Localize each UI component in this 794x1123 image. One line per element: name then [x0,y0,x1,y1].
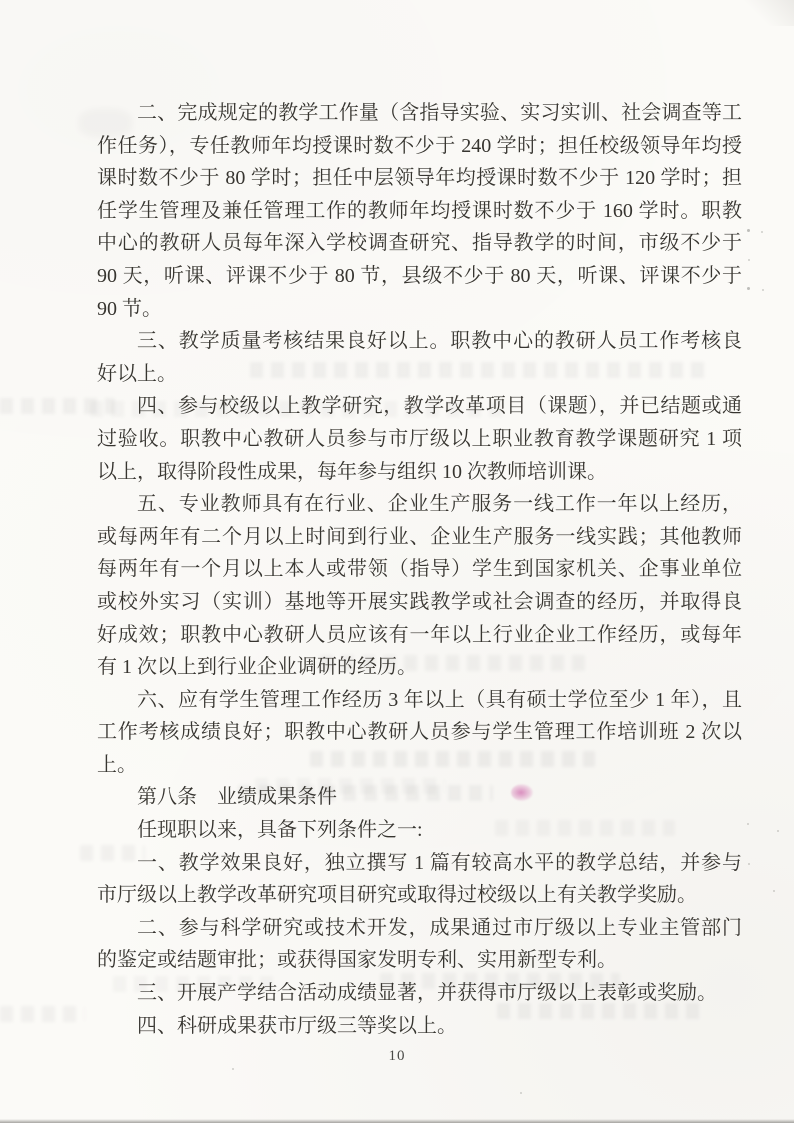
text-line: 课时数不少于 80 学时；担任中层领导年均授课时数不少于 120 学时；担 [97,162,742,195]
scan-edge-shadow [0,1119,794,1123]
text-line: 过验收。职教中心教研人员参与市厅级以上职业教育教学课题研究 1 项 [97,423,742,456]
text-line: 四、参与校级以上教学研究，教学改革项目（课题），并已结题或通 [97,390,742,423]
document-body: 二、完成规定的教学工作量（含指导实验、实习实训、社会调查等工作任务），专任教师年… [97,97,742,1042]
scan-corner-shade [734,0,794,26]
text-line: 四、科研成果获市厅级三等奖以上。 [97,1010,742,1043]
text-line: 六、应有学生管理工作经历 3 年以上（具有硕士学位至少 1 年），且 [97,684,742,717]
scan-speck [773,890,775,892]
paragraph: 五、专业教师具有在行业、企业生产服务一线工作一年以上经历，或每两年有二个月以上时… [97,488,742,684]
paragraph: 四、参与校级以上教学研究，教学改革项目（课题），并已结题或通过验收。职教中心教研… [97,390,742,488]
text-line: 以上，取得阶段性成果，每年参与组织 10 次教师培训课。 [97,456,742,489]
paragraph: 三、教学质量考核结果良好以上。职教中心的教研人员工作考核良好以上。 [97,325,742,390]
article-number: 第八条 [137,786,197,808]
text-line: 的鉴定或结题审批；或获得国家发明专利、实用新型专利。 [97,944,742,977]
text-line: 中心的教研人员每年深入学校调查研究、指导教学的时间，市级不少于 [97,227,742,260]
scan-speck [762,289,764,291]
text-line: 三、开展产学结合活动成绩显著，并获得市厅级以上表彰或奖励。 [97,977,742,1010]
scan-speck [748,863,750,865]
text-line: 第八条业绩成果条件 [97,781,742,814]
article-title: 业绩成果条件 [217,786,337,808]
scan-speck [747,823,749,825]
text-line: 上。 [97,749,742,782]
paragraph: 二、参与科学研究或技术开发，成果通过市厅级以上专业主管部门的鉴定或结题审批；或获… [97,912,742,977]
paragraph: 三、开展产学结合活动成绩显著，并获得市厅级以上表彰或奖励。 [97,977,742,1010]
text-line: 好以上。 [97,358,742,391]
scan-speck [747,287,750,290]
scanned-document-page: 二、完成规定的教学工作量（含指导实验、实习实训、社会调查等工作任务），专任教师年… [0,0,794,1123]
scan-speck [777,830,779,832]
text-line: 二、参与科学研究或技术开发，成果通过市厅级以上专业主管部门 [97,912,742,945]
text-line: 90 天，听课、评课不少于 80 节，县级不少于 80 天，听课、评课不少于 [97,260,742,293]
scan-speck [748,259,750,261]
text-line: 作任务），专任教师年均授课时数不少于 240 学时；担任校级领导年均授 [97,130,742,163]
paragraph: 六、应有学生管理工作经历 3 年以上（具有硕士学位至少 1 年），且工作考核成绩… [97,684,742,782]
text-line: 90 节。 [97,293,742,326]
scan-speck [520,1092,522,1094]
text-line: 五、专业教师具有在行业、企业生产服务一线工作一年以上经历， [97,488,742,521]
scan-speck [761,231,763,233]
text-line: 有 1 次以上到行业企业调研的经历。 [97,651,742,684]
text-line: 二、完成规定的教学工作量（含指导实验、实习实训、社会调查等工 [97,97,742,130]
article-heading: 第八条业绩成果条件 [97,781,742,814]
text-line: 一、教学效果良好，独立撰写 1 篇有较高水平的教学总结，并参与 [97,847,742,880]
scan-speck [747,229,750,232]
text-line: 三、教学质量考核结果良好以上。职教中心的教研人员工作考核良 [97,325,742,358]
text-line: 任现职以来，具备下列条件之一: [97,814,742,847]
text-line: 任学生管理及兼任管理工作的教师年均授课时数不少于 160 学时。职教 [97,195,742,228]
bleed-through-artifact [0,1006,85,1022]
text-line: 好成效；职教中心教研人员应该有一年以上行业企业工作经历，或每年 [97,619,742,652]
text-line: 或每两年有二个月以上时间到行业、企业生产服务一线实践；其他教师 [97,521,742,554]
paragraph: 二、完成规定的教学工作量（含指导实验、实习实训、社会调查等工作任务），专任教师年… [97,97,742,325]
page-number: 10 [0,1048,794,1065]
text-line: 或校外实习（实训）基地等开展实践教学或社会调查的经历，并取得良 [97,586,742,619]
paragraph: 四、科研成果获市厅级三等奖以上。 [97,1010,742,1043]
paragraph: 一、教学效果良好，独立撰写 1 篇有较高水平的教学总结，并参与市厅级以上教学改革… [97,847,742,912]
scan-speck [232,1068,234,1070]
text-line: 市厅级以上教学改革研究项目研究或取得过校级以上有关教学奖励。 [97,879,742,912]
text-line: 工作考核成绩良好；职教中心教研人员参与学生管理工作培训班 2 次以 [97,716,742,749]
paragraph: 任现职以来，具备下列条件之一: [97,814,742,847]
text-line: 每两年有一个月以上本人或带领（指导）学生到国家机关、企事业单位 [97,553,742,586]
